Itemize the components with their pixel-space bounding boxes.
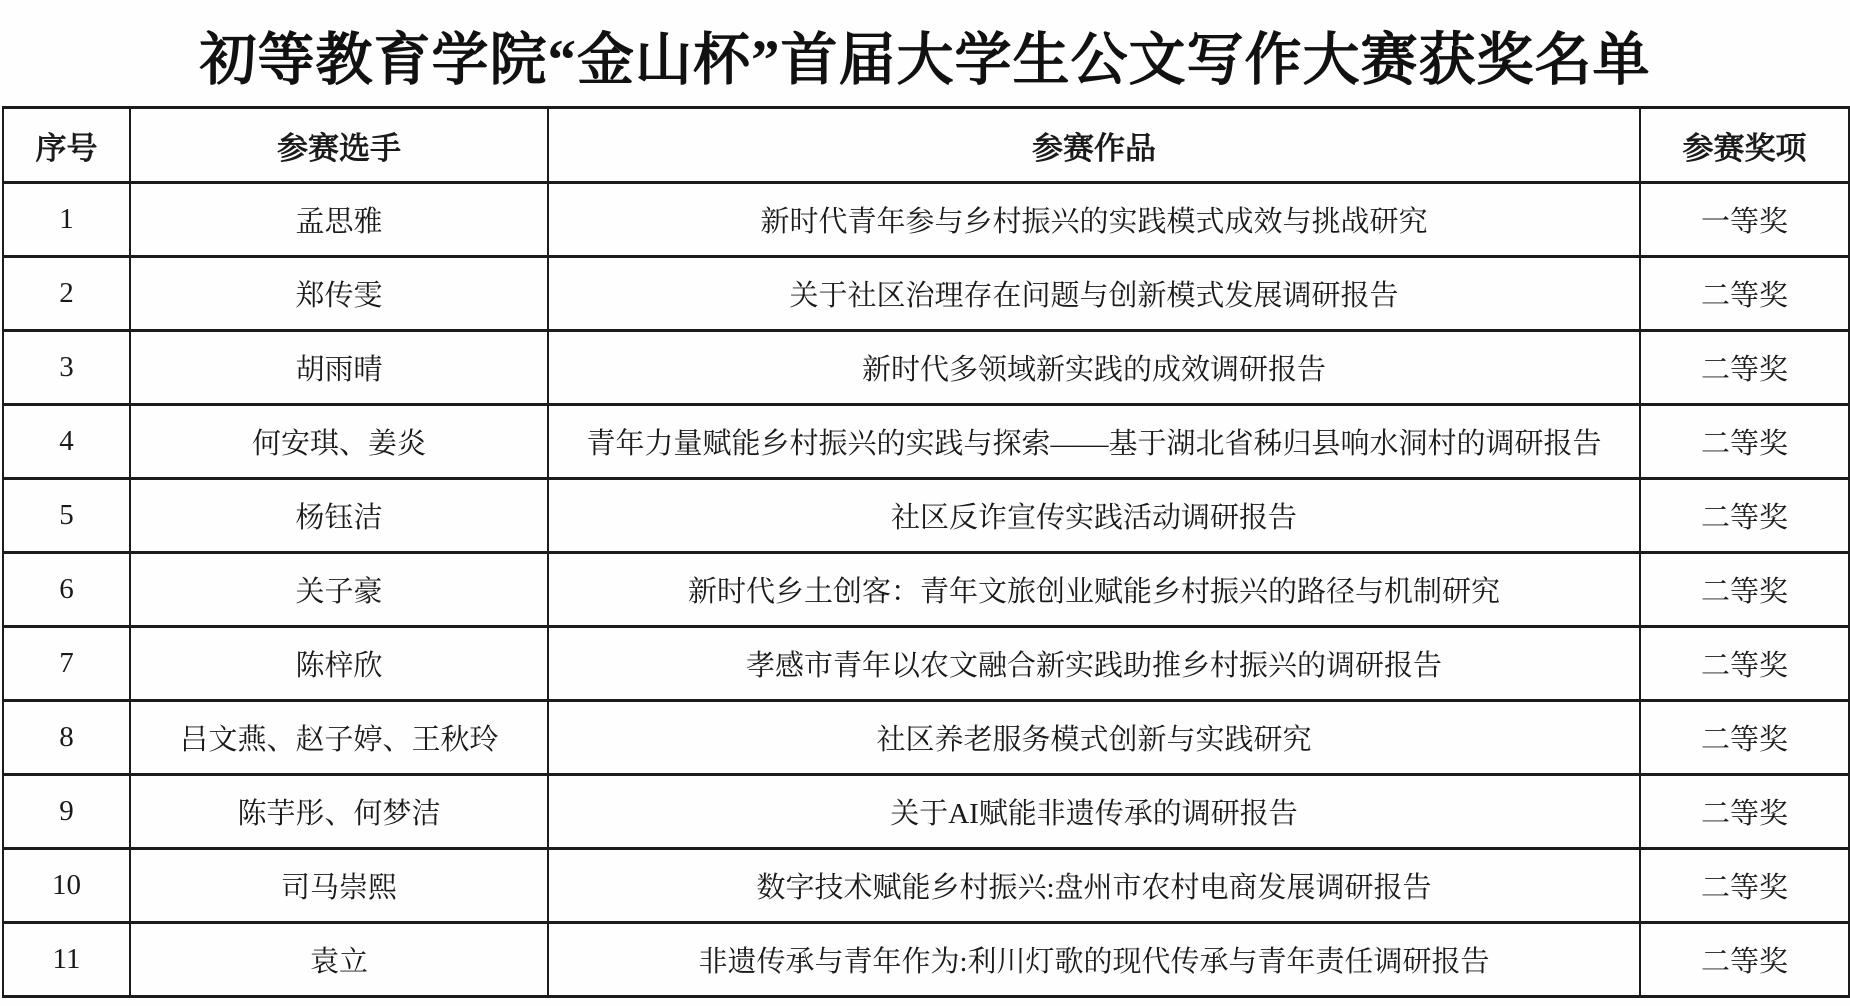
table-row: 1孟思雅新时代青年参与乡村振兴的实践模式成效与挑战研究一等奖 bbox=[3, 183, 1849, 257]
serial-cell: 3 bbox=[3, 331, 130, 405]
work-cell: 非遗传承与青年作为:利川灯歌的现代传承与青年责任调研报告 bbox=[548, 923, 1640, 997]
award-cell: 二等奖 bbox=[1640, 405, 1849, 479]
table-row: 3胡雨晴新时代多领域新实践的成效调研报告二等奖 bbox=[3, 331, 1849, 405]
awards-table-header: 序号 参赛选手 参赛作品 参赛奖项 bbox=[3, 108, 1849, 183]
work-cell: 关于AI赋能非遗传承的调研报告 bbox=[548, 775, 1640, 849]
table-row: 4何安琪、姜炎青年力量赋能乡村振兴的实践与探索——基于湖北省秭归县响水洞村的调研… bbox=[3, 405, 1849, 479]
award-cell: 二等奖 bbox=[1640, 923, 1849, 997]
work-cell: 社区养老服务模式创新与实践研究 bbox=[548, 701, 1640, 775]
table-row: 6关子豪新时代乡土创客：青年文旅创业赋能乡村振兴的路径与机制研究二等奖 bbox=[3, 553, 1849, 627]
serial-cell: 11 bbox=[3, 923, 130, 997]
award-cell: 二等奖 bbox=[1640, 479, 1849, 553]
table-row: 5杨钰洁社区反诈宣传实践活动调研报告二等奖 bbox=[3, 479, 1849, 553]
contestants-cell: 陈芋彤、何梦洁 bbox=[130, 775, 548, 849]
table-row: 8吕文燕、赵子婷、王秋玲社区养老服务模式创新与实践研究二等奖 bbox=[3, 701, 1849, 775]
award-cell: 二等奖 bbox=[1640, 775, 1849, 849]
table-row: 9陈芋彤、何梦洁关于AI赋能非遗传承的调研报告二等奖 bbox=[3, 775, 1849, 849]
awards-table: 序号 参赛选手 参赛作品 参赛奖项 1孟思雅新时代青年参与乡村振兴的实践模式成效… bbox=[2, 106, 1850, 998]
contestants-cell: 陈梓欣 bbox=[130, 627, 548, 701]
work-cell: 新时代多领域新实践的成效调研报告 bbox=[548, 331, 1640, 405]
header-contestants: 参赛选手 bbox=[130, 108, 548, 183]
contestants-cell: 郑传雯 bbox=[130, 257, 548, 331]
work-cell: 新时代青年参与乡村振兴的实践模式成效与挑战研究 bbox=[548, 183, 1640, 257]
serial-cell: 4 bbox=[3, 405, 130, 479]
serial-cell: 5 bbox=[3, 479, 130, 553]
document-page: 初等教育学院“金山杯”首届大学生公文写作大赛获奖名单 序号 参赛选手 参赛作品 … bbox=[0, 0, 1850, 1006]
header-work: 参赛作品 bbox=[548, 108, 1640, 183]
header-row: 序号 参赛选手 参赛作品 参赛奖项 bbox=[3, 108, 1849, 183]
serial-cell: 6 bbox=[3, 553, 130, 627]
serial-cell: 1 bbox=[3, 183, 130, 257]
contestants-cell: 杨钰洁 bbox=[130, 479, 548, 553]
contestants-cell: 何安琪、姜炎 bbox=[130, 405, 548, 479]
contestants-cell: 袁立 bbox=[130, 923, 548, 997]
work-cell: 关于社区治理存在问题与创新模式发展调研报告 bbox=[548, 257, 1640, 331]
serial-cell: 2 bbox=[3, 257, 130, 331]
header-serial: 序号 bbox=[3, 108, 130, 183]
contestants-cell: 司马崇熙 bbox=[130, 849, 548, 923]
work-cell: 孝感市青年以农文融合新实践助推乡村振兴的调研报告 bbox=[548, 627, 1640, 701]
work-cell: 社区反诈宣传实践活动调研报告 bbox=[548, 479, 1640, 553]
work-cell: 新时代乡土创客：青年文旅创业赋能乡村振兴的路径与机制研究 bbox=[548, 553, 1640, 627]
serial-cell: 9 bbox=[3, 775, 130, 849]
contestants-cell: 胡雨晴 bbox=[130, 331, 548, 405]
contestants-cell: 吕文燕、赵子婷、王秋玲 bbox=[130, 701, 548, 775]
awards-table-body: 1孟思雅新时代青年参与乡村振兴的实践模式成效与挑战研究一等奖2郑传雯关于社区治理… bbox=[3, 183, 1849, 997]
contestants-cell: 孟思雅 bbox=[130, 183, 548, 257]
award-cell: 一等奖 bbox=[1640, 183, 1849, 257]
serial-cell: 10 bbox=[3, 849, 130, 923]
table-row: 7陈梓欣孝感市青年以农文融合新实践助推乡村振兴的调研报告二等奖 bbox=[3, 627, 1849, 701]
table-row: 2郑传雯关于社区治理存在问题与创新模式发展调研报告二等奖 bbox=[3, 257, 1849, 331]
award-cell: 二等奖 bbox=[1640, 553, 1849, 627]
award-cell: 二等奖 bbox=[1640, 701, 1849, 775]
serial-cell: 8 bbox=[3, 701, 130, 775]
contestants-cell: 关子豪 bbox=[130, 553, 548, 627]
work-cell: 青年力量赋能乡村振兴的实践与探索——基于湖北省秭归县响水洞村的调研报告 bbox=[548, 405, 1640, 479]
table-row: 11袁立非遗传承与青年作为:利川灯歌的现代传承与青年责任调研报告二等奖 bbox=[3, 923, 1849, 997]
table-row: 10司马崇熙数字技术赋能乡村振兴:盘州市农村电商发展调研报告二等奖 bbox=[3, 849, 1849, 923]
work-cell: 数字技术赋能乡村振兴:盘州市农村电商发展调研报告 bbox=[548, 849, 1640, 923]
serial-cell: 7 bbox=[3, 627, 130, 701]
page-title: 初等教育学院“金山杯”首届大学生公文写作大赛获奖名单 bbox=[0, 0, 1850, 106]
award-cell: 二等奖 bbox=[1640, 331, 1849, 405]
header-award: 参赛奖项 bbox=[1640, 108, 1849, 183]
award-cell: 二等奖 bbox=[1640, 627, 1849, 701]
award-cell: 二等奖 bbox=[1640, 257, 1849, 331]
award-cell: 二等奖 bbox=[1640, 849, 1849, 923]
